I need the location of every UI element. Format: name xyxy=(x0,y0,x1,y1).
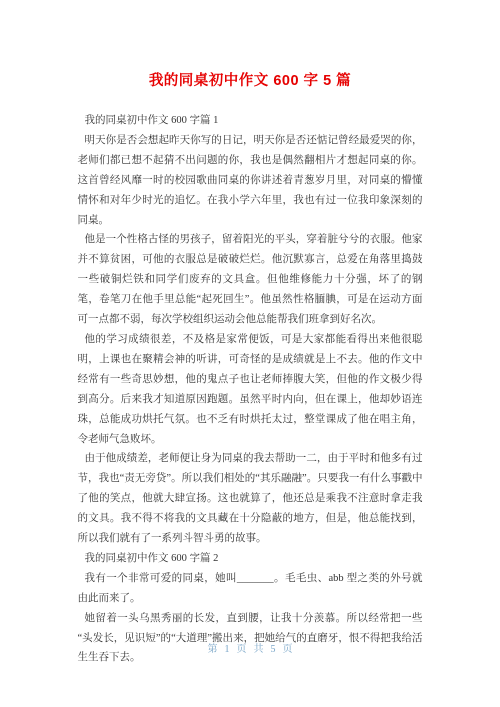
paragraph: 他的学习成绩很差，不及格是家常便饭，可是大家都能看得出来他很聪明，上课也在聚精会… xyxy=(78,330,423,449)
essay-content: 我的同桌初中作文 600 字篇 1 明天你是否会想起昨天你写的日记，明天你是否还… xyxy=(78,111,423,668)
page-indicator-label: 共 xyxy=(254,644,264,655)
total-page-number: 5 xyxy=(271,644,276,655)
document-body: 我的同桌初中作文 600 字 5 篇 我的同桌初中作文 600 字篇 1 明天你… xyxy=(78,71,423,668)
paragraph: 她留着一头乌黑秀丽的长发，直到腰，让我十分羡慕。所以经常把一些“头发长，见识短”… xyxy=(78,609,423,669)
paragraph: 他是一个性格古怪的男孩子，留着阳光的平头，穿着脏兮兮的衣服。他家并不算贫困，可他… xyxy=(78,230,423,330)
section-heading: 我的同桌初中作文 600 字篇 1 xyxy=(78,111,423,131)
document-page: { "page": { "title": "我的同桌初中作文 600 字 5 篇… xyxy=(0,0,500,707)
current-page-number: 1 xyxy=(225,644,230,655)
section-heading: 我的同桌初中作文 600 字篇 2 xyxy=(78,549,423,569)
page-indicator-label: 页 xyxy=(283,644,293,655)
page-indicator-label: 第 xyxy=(208,644,218,655)
page-indicator: 第1页共5页 xyxy=(0,642,500,658)
page-indicator-label: 页 xyxy=(237,644,247,655)
paragraph: 我有一个非常可爱的同桌，她叫_______。毛毛虫、abb 型之类的外号就由此而… xyxy=(78,569,423,609)
paragraph: 明天你是否会想起昨天你写的日记，明天你是否还惦记曾经最爱哭的你，老师们都已想不起… xyxy=(78,131,423,231)
page-title: 我的同桌初中作文 600 字 5 篇 xyxy=(78,71,423,91)
paragraph: 由于他成绩差，老师便让身为同桌的我去帮助一二，由于平时和他多有过节，我也“责无旁… xyxy=(78,449,423,549)
